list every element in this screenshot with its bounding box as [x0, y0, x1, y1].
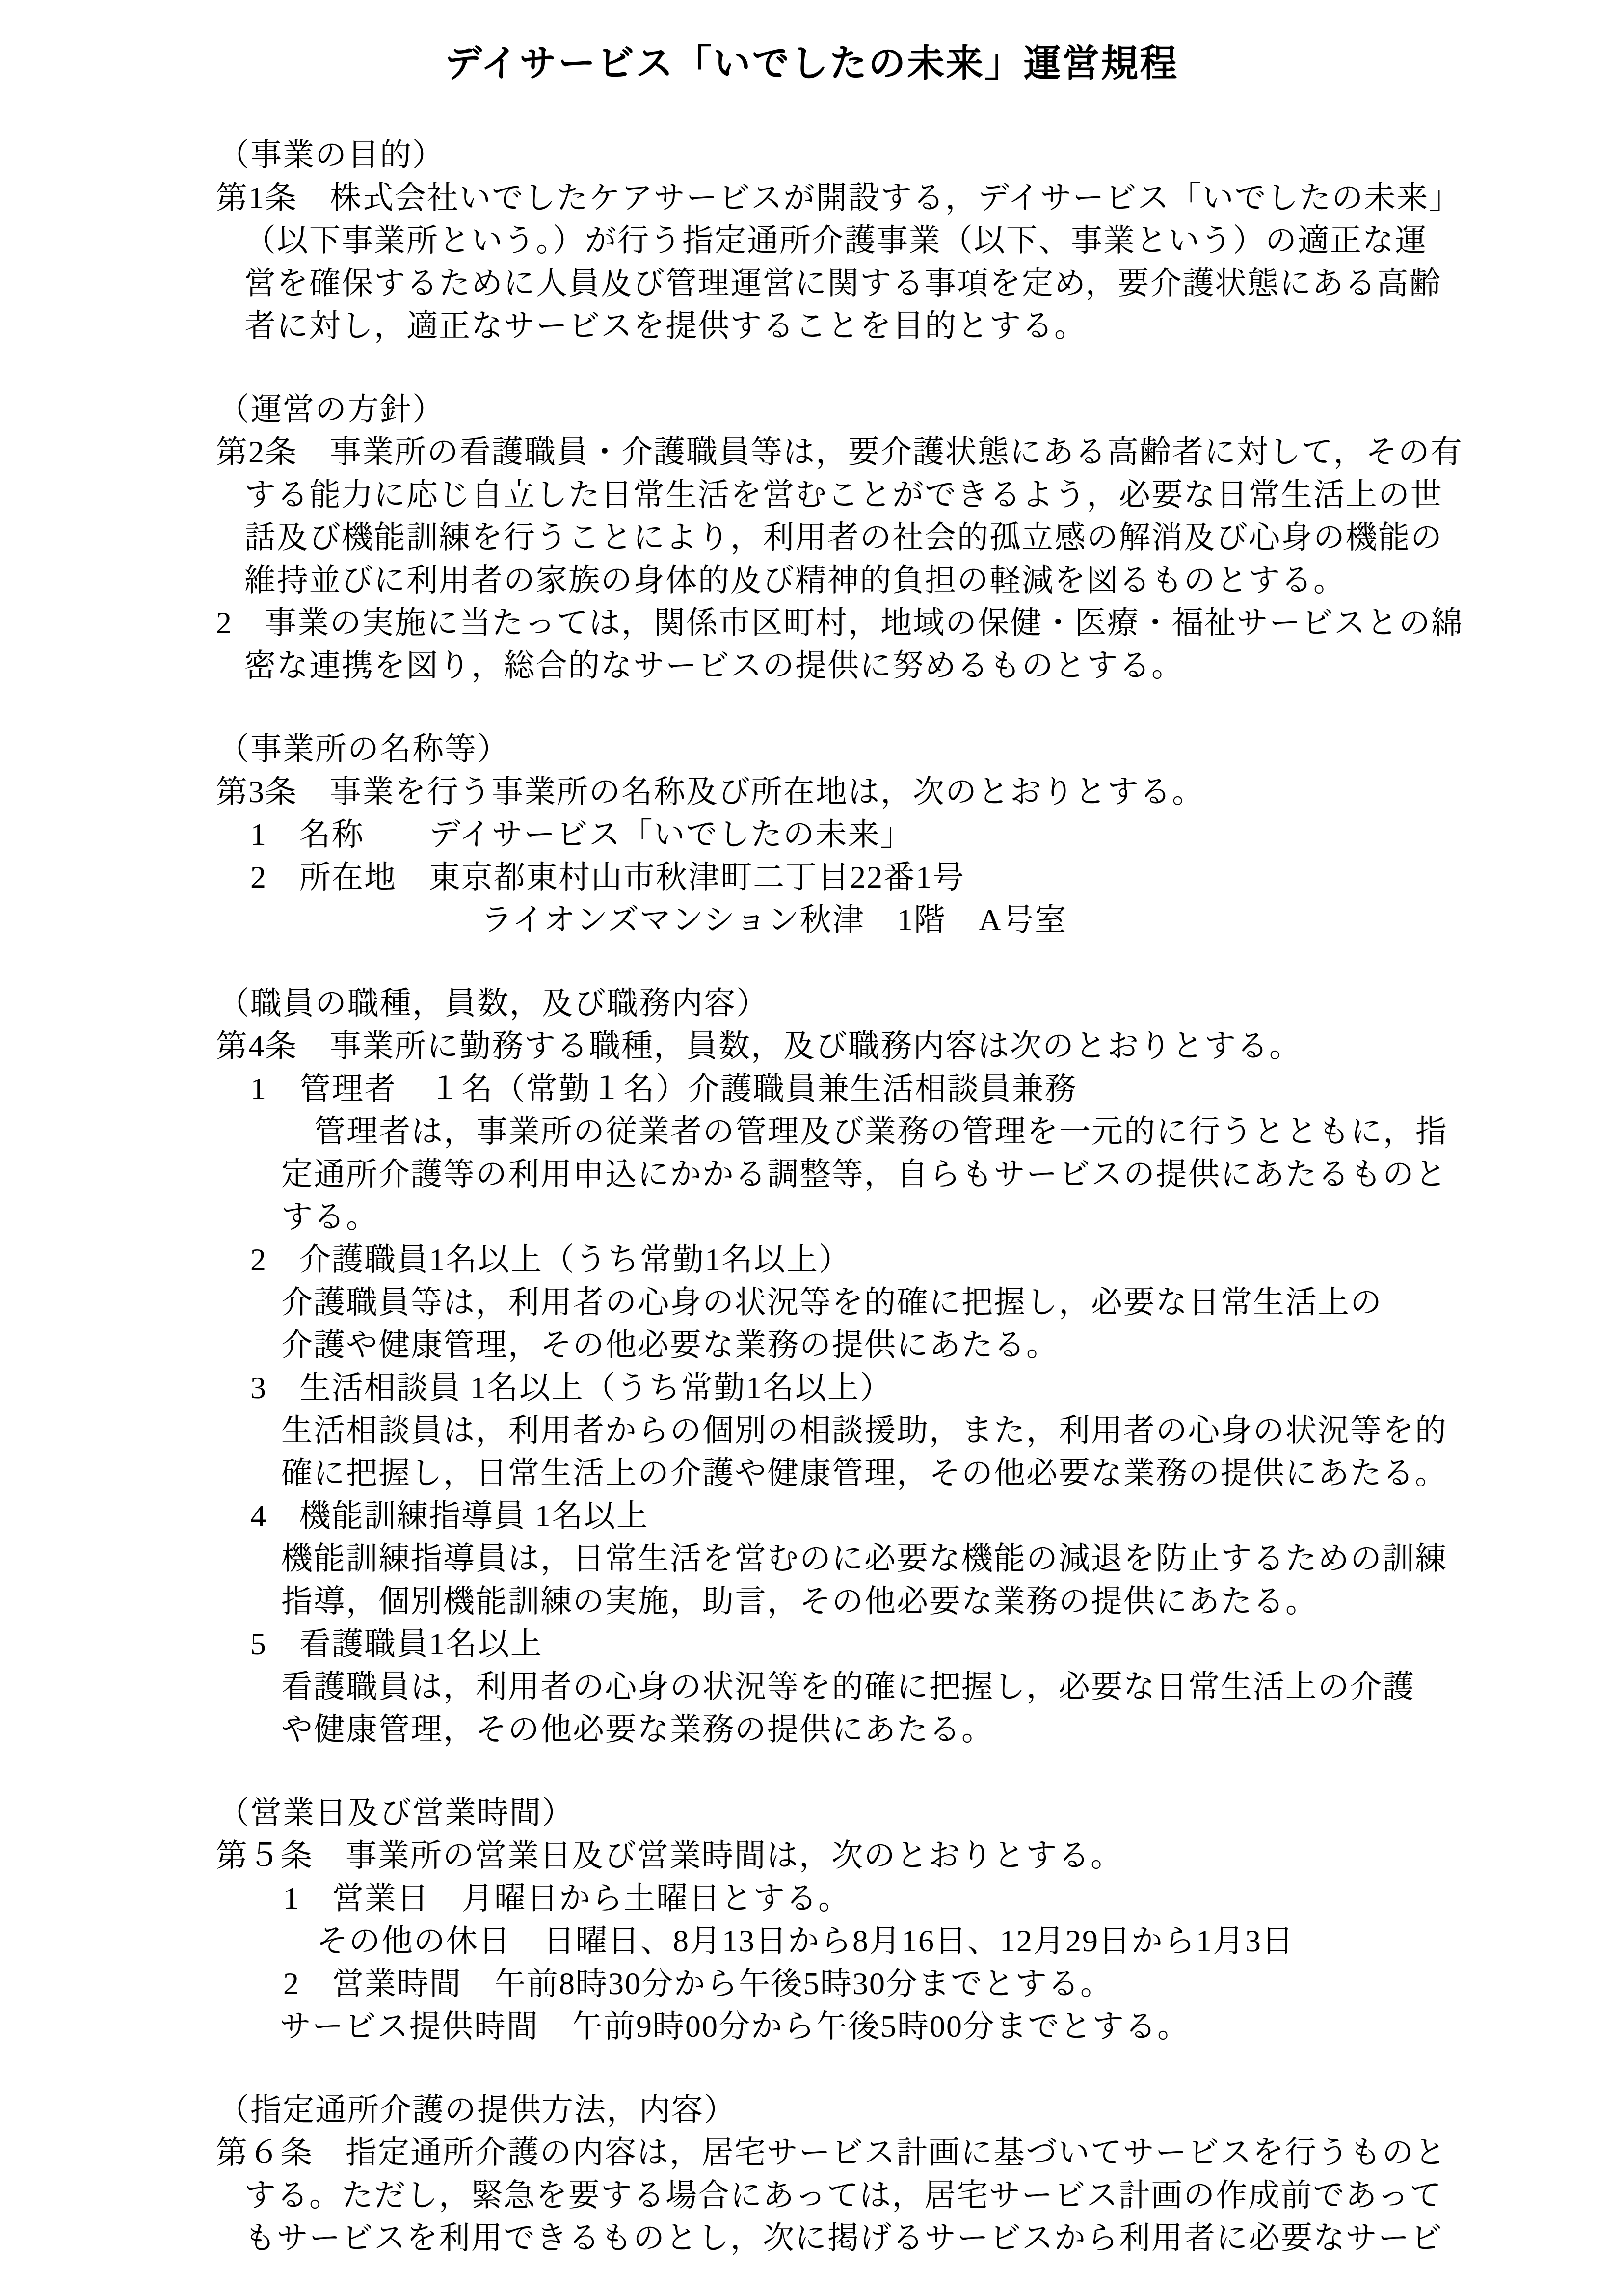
document-line: 3 生活相談員 1名以上（うち常勤1名以上） — [216, 1366, 1476, 1409]
document-line: 1 営業日 月曜日から土曜日とする。 — [216, 1877, 1476, 1919]
document-section: （事業所の名称等）第3条 事業を行う事業所の名称及び所在地は，次のとおりとする。… — [216, 728, 1476, 941]
document-title: デイサービス「いでしたの未来」運営規程 — [34, 38, 1589, 89]
document-line: サービス提供時間 午前9時00分から午後5時00分までとする。 — [216, 2005, 1476, 2048]
section-heading: （運営の方針） — [216, 388, 1476, 431]
document-line: 第4条 事業所に勤務する職種，員数，及び職務内容は次のとおりとする。 — [216, 1025, 1476, 1067]
section-heading: （職員の職種，員数，及び職務内容） — [216, 982, 1476, 1025]
document-line: 営を確保するために人員及び管理運営に関する事項を定め，要介護状態にある高齢 — [216, 262, 1476, 304]
document-line: その他の休日 日曜日、8月13日から8月16日、12月29日から1月3日 — [216, 1919, 1476, 1962]
document-line: 定通所介護等の利用申込にかかる調整等，自らもサービスの提供にあたるものと — [216, 1153, 1476, 1195]
document-line: 生活相談員は，利用者からの個別の相談援助，また，利用者の心身の状況等を的 — [216, 1409, 1476, 1452]
document-line: 指導，個別機能訓練の実施，助言，その他必要な業務の提供にあたる。 — [216, 1580, 1476, 1622]
document-body: （事業の目的）第1条 株式会社いでしたケアサービスが開設する，デイサービス「いで… — [216, 134, 1476, 2259]
document-line: する。 — [216, 1195, 1476, 1238]
document-line: 4 機能訓練指導員 1名以上 — [216, 1494, 1476, 1537]
document-line: 看護職員は，利用者の心身の状況等を的確に把握し，必要な日常生活上の介護 — [216, 1665, 1476, 1708]
document-line: 第６条 指定通所介護の内容は，居宅サービス計画に基づいてサービスを行うものと — [216, 2131, 1476, 2174]
document-page: デイサービス「いでしたの未来」運営規程 （事業の目的）第1条 株式会社いでしたケ… — [0, 0, 1623, 2296]
document-section: （職員の職種，員数，及び職務内容）第4条 事業所に勤務する職種，員数，及び職務内… — [216, 982, 1476, 1751]
document-line: ライオンズマンション秋津 1階 A号室 — [216, 898, 1476, 941]
document-line: 維持並びに利用者の家族の身体的及び精神的負担の軽減を図るものとする。 — [216, 559, 1476, 601]
section-heading: （営業日及び営業時間） — [216, 1791, 1476, 1834]
document-line: 第3条 事業を行う事業所の名称及び所在地は，次のとおりとする。 — [216, 770, 1476, 813]
document-line: 介護や健康管理，その他必要な業務の提供にあたる。 — [216, 1324, 1476, 1366]
document-section: （運営の方針）第2条 事業所の看護職員・介護職員等は，要介護状態にある高齢者に対… — [216, 388, 1476, 687]
document-line: 2 所在地 東京都東村山市秋津町二丁目22番1号 — [216, 856, 1476, 898]
document-section: （営業日及び営業時間）第５条 事業所の営業日及び営業時間は，次のとおりとする。1… — [216, 1791, 1476, 2048]
document-line: 1 管理者 １名（常勤１名）介護職員兼生活相談員兼務 — [216, 1067, 1476, 1110]
document-line: 介護職員等は，利用者の心身の状況等を的確に把握し，必要な日常生活上の — [216, 1281, 1476, 1324]
document-line: もサービスを利用できるものとし，次に掲げるサービスから利用者に必要なサービ — [216, 2216, 1476, 2259]
document-line: 管理者は，事業所の従業者の管理及び業務の管理を一元的に行うとともに，指 — [216, 1110, 1476, 1153]
section-heading: （事業所の名称等） — [216, 728, 1476, 770]
document-section: （事業の目的）第1条 株式会社いでしたケアサービスが開設する，デイサービス「いで… — [216, 134, 1476, 347]
document-line: 機能訓練指導員は，日常生活を営むのに必要な機能の減退を防止するための訓練 — [216, 1537, 1476, 1580]
document-line: （以下事業所という。）が行う指定通所介護事業（以下、事業という）の適正な運 — [216, 219, 1476, 262]
document-line: 第2条 事業所の看護職員・介護職員等は，要介護状態にある高齢者に対して，その有 — [216, 431, 1476, 473]
section-heading: （事業の目的） — [216, 134, 1476, 176]
document-line: 密な連携を図り，総合的なサービスの提供に努めるものとする。 — [216, 644, 1476, 687]
document-line: 第1条 株式会社いでしたケアサービスが開設する，デイサービス「いでしたの未来」 — [216, 176, 1476, 219]
document-line: 者に対し，適正なサービスを提供することを目的とする。 — [216, 304, 1476, 347]
document-line: する能力に応じ自立した日常生活を営むことができるよう，必要な日常生活上の世 — [216, 473, 1476, 516]
document-section: （指定通所介護の提供方法，内容）第６条 指定通所介護の内容は，居宅サービス計画に… — [216, 2088, 1476, 2259]
document-line: 確に把握し，日常生活上の介護や健康管理，その他必要な業務の提供にあたる。 — [216, 1452, 1476, 1494]
document-line: 2 介護職員1名以上（うち常勤1名以上） — [216, 1238, 1476, 1281]
document-line: 5 看護職員1名以上 — [216, 1622, 1476, 1665]
document-line: 第５条 事業所の営業日及び営業時間は，次のとおりとする。 — [216, 1834, 1476, 1877]
document-line: 2 営業時間 午前8時30分から午後5時30分までとする。 — [216, 1962, 1476, 2005]
document-line: 1 名称 デイサービス「いでしたの未来」 — [216, 813, 1476, 856]
section-heading: （指定通所介護の提供方法，内容） — [216, 2088, 1476, 2131]
document-line: や健康管理，その他必要な業務の提供にあたる。 — [216, 1708, 1476, 1751]
document-line: 2 事業の実施に当たっては，関係市区町村，地域の保健・医療・福祉サービスとの綿 — [216, 601, 1476, 644]
document-line: 話及び機能訓練を行うことにより，利用者の社会的孤立感の解消及び心身の機能の — [216, 516, 1476, 559]
document-line: する。ただし，緊急を要する場合にあっては，居宅サービス計画の作成前であって — [216, 2174, 1476, 2216]
